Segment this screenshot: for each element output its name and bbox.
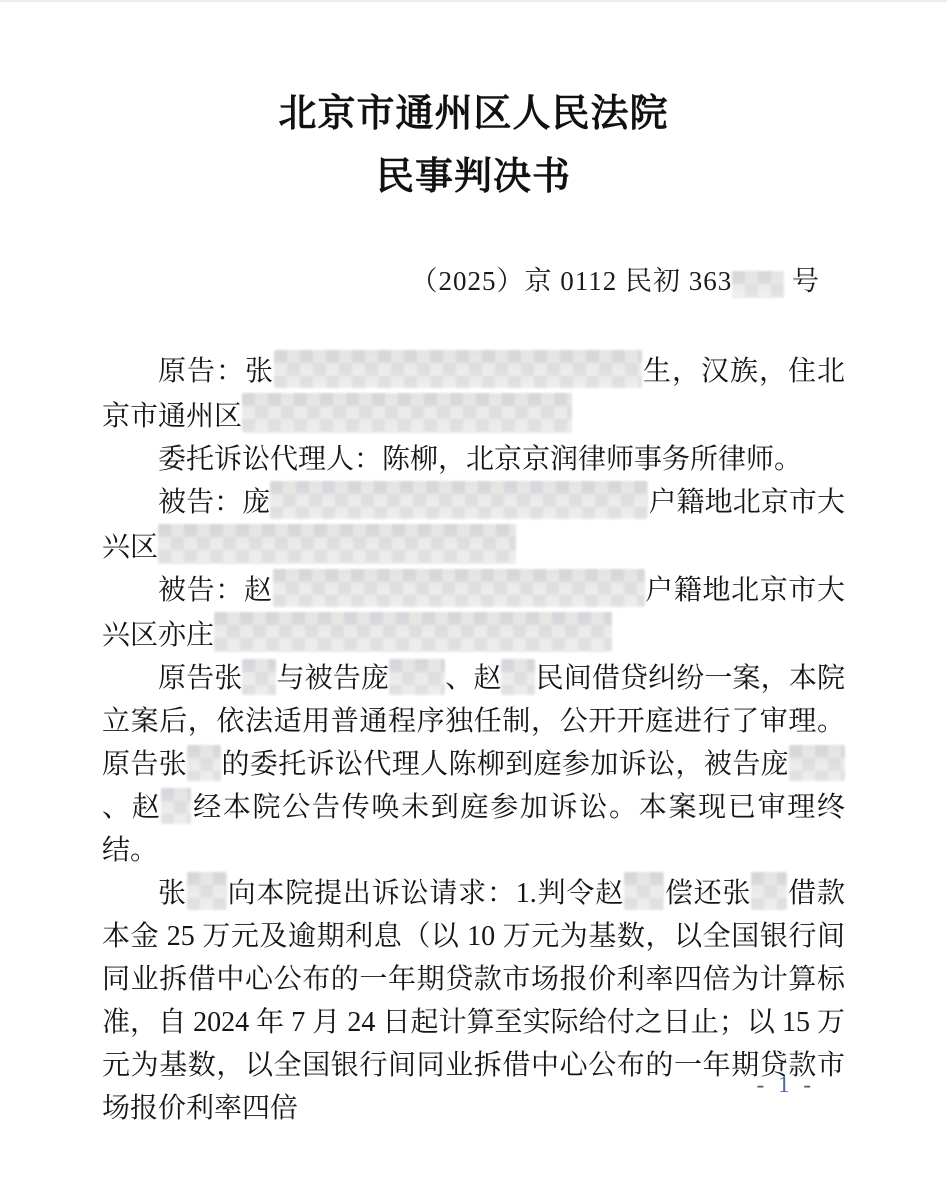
page-number-prefix: - [757,1072,778,1097]
redaction-mosaic [501,659,535,695]
court-name-title: 北京市通州区人民法院 [102,90,845,139]
page-number-value: 1 [778,1072,794,1097]
text-run: 原告张 [158,663,242,694]
redaction-mosaic [624,872,664,910]
text-run: 向本院提出诉讼请求：1.判令赵 [227,878,624,909]
text-run: （2025）京 0112 民初 363 [411,266,733,296]
judgment-document-page: 北京市通州区人民法院 民事判决书 （2025）京 0112 民初 363 号 原… [0,0,947,1185]
text-run: 被告：赵 [158,575,273,606]
redaction-mosaic [187,745,221,781]
text-run: 、赵 [445,663,501,694]
text-run: 委托诉讼代理人：陈柳，北京京润律师事务所律师。 [158,444,802,475]
redaction-mosaic [270,481,648,519]
redaction-mosaic [274,350,642,388]
redaction-mosaic [751,872,787,910]
redaction-mosaic [161,788,191,824]
paragraph: 张向本院提出诉讼请求：1.判令赵偿还张借款本金 25 万元及逾期利息（以 10 … [102,872,845,1130]
document-type-title: 民事判决书 [102,153,845,202]
text-run: 偿还张 [664,878,751,909]
text-run: 号 [784,266,820,296]
paragraph: 原告张与被告庞、赵民间借贷纠纷一案，本院立案后，依法适用普通程序独任制，公开开庭… [102,657,845,872]
redaction-mosaic [242,393,572,433]
text-run: 与被告庞 [276,663,389,694]
paragraph: 原告：张生，汉族，住北京市通州区 [102,350,845,438]
text-run: 的委托诉讼代理人陈柳到庭参加诉讼，被告庞 [221,749,789,780]
paragraph: 被告：庞户籍地北京市大兴区 [102,481,845,569]
redaction-mosaic [732,271,784,298]
document-content: 北京市通州区人民法院 民事判决书 （2025）京 0112 民初 363 号 原… [0,90,947,1130]
text-run: 原告：张 [158,356,274,387]
redaction-mosaic [242,659,276,695]
page-number-suffix: - [794,1072,815,1097]
text-run: 经本院公告传唤未到庭参加诉讼。本案现已审理终结。 [102,792,845,866]
redaction-mosaic [273,569,645,607]
text-run: 张 [158,878,187,909]
case-number: （2025）京 0112 民初 363 号 [102,259,820,298]
paragraph: 被告：赵户籍地北京市大兴区亦庄 [102,569,845,657]
redaction-mosaic [187,872,227,910]
page-number: - 1 - [757,1072,815,1098]
redaction-mosaic [214,612,612,652]
redaction-mosaic [789,745,845,781]
paragraph: 委托诉讼代理人：陈柳，北京京润律师事务所律师。 [102,438,845,481]
redaction-mosaic [158,524,516,564]
document-body: 原告：张生，汉族，住北京市通州区委托诉讼代理人：陈柳，北京京润律师事务所律师。被… [102,350,845,1130]
redaction-mosaic [389,659,445,695]
text-run: 被告：庞 [158,487,270,518]
text-run: 借款本金 25 万元及逾期利息（以 10 万元为基数，以全国银行间同业拆借中心公… [102,878,845,1124]
text-run: 、赵 [102,792,161,823]
